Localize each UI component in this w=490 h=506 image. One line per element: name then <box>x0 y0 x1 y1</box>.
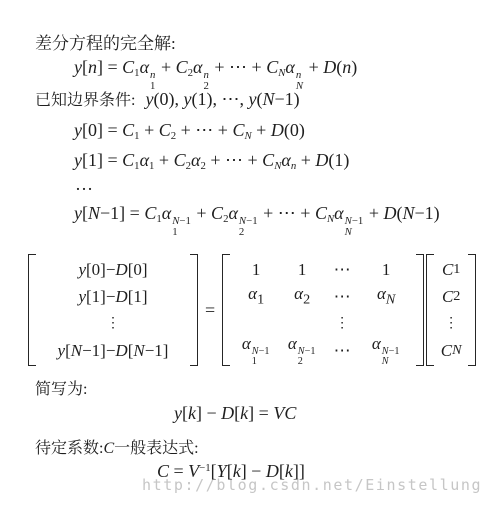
coefficients-label: 待定系数:C一般表达式: <box>35 435 199 458</box>
matrix-cell: 1 <box>359 260 413 280</box>
matrix-cell: ⋮ <box>325 315 359 332</box>
boundary-conditions-label: 已知边界条件: <box>35 87 135 110</box>
lhs-vector: y[0]−D[0]y[1]−D[1]⋮y[N−1]−D[N−1] <box>28 254 198 366</box>
matrix-row: y[0]−D[0] <box>38 256 188 283</box>
eq-shorthand: y[k] − D[k] = VC <box>174 403 296 424</box>
heading-complete-solution: 差分方程的完全解: <box>35 29 176 54</box>
matrix-cell: α2 <box>279 284 325 308</box>
eq-y0: y[0] = C1 + C2 + ⋯ + CN + D(0) <box>74 120 305 142</box>
eq-yN-1: y[N−1] = C1αN−11 + C2αN−12 + ⋯ + CNαN−1N… <box>74 203 440 238</box>
lhs-vector-rows: y[0]−D[0]y[1]−D[1]⋮y[N−1]−D[N−1] <box>36 254 190 366</box>
vandermonde-grid: 11⋯1α1α2⋯αN⋮αN−11αN−12⋯αN−1N <box>230 254 416 366</box>
matrix-row: y[1]−D[1] <box>38 283 188 310</box>
matrix-cell: αN−11 <box>233 334 279 368</box>
matrix-cell: αN−1N <box>359 334 413 368</box>
matrix-cell: αN−12 <box>279 334 325 368</box>
matrix-row: αN−11αN−12⋯αN−1N <box>233 337 413 364</box>
eq-y1: y[1] = C1α1 + C2α2 + ⋯ + CNαn + D(1) <box>74 150 349 172</box>
matrix-cell: 1 <box>233 260 279 280</box>
matrix-equation: y[0]−D[0]y[1]−D[1]⋮y[N−1]−D[N−1] = 11⋯1α… <box>28 254 476 366</box>
matrix-row: CN <box>436 337 466 364</box>
matrix-row: 11⋯1 <box>233 256 413 283</box>
matrix-cell: αN <box>359 284 413 308</box>
matrix-row: y[N−1]−D[N−1] <box>38 337 188 364</box>
equals-sign: = <box>205 300 215 321</box>
left-bracket-icon <box>222 254 230 366</box>
matrix-cell: ⋯ <box>325 260 359 280</box>
boundary-conditions-values: y(0), y(1), ⋯, y(N−1) <box>145 89 299 110</box>
vandermonde-matrix: 11⋯1α1α2⋯αN⋮αN−11αN−12⋯αN−1N <box>222 254 424 366</box>
eq-coefficients: C = V−1[Y[k] − D[k]] <box>157 461 305 482</box>
left-bracket-icon <box>426 254 434 366</box>
coefficient-vector-rows: C1C2⋮CN <box>434 254 468 366</box>
right-bracket-icon <box>190 254 198 366</box>
matrix-row: ⋮ <box>38 310 188 337</box>
matrix-row: C1 <box>436 256 466 283</box>
shorthand-label: 简写为: <box>35 376 87 399</box>
right-bracket-icon <box>416 254 424 366</box>
document-page: 差分方程的完全解: y[n] = C1αn1 + C2αn2 + ⋯ + CNα… <box>0 0 490 506</box>
coefficient-vector: C1C2⋮CN <box>426 254 476 366</box>
ellipsis-line: … <box>75 174 93 195</box>
right-bracket-icon <box>468 254 476 366</box>
matrix-cell: ⋯ <box>325 341 359 361</box>
matrix-row: C2 <box>436 283 466 310</box>
boundary-conditions-line: 已知边界条件: y(0), y(1), ⋯, y(N−1) <box>35 87 300 110</box>
matrix-row: α1α2⋯αN <box>233 283 413 310</box>
matrix-cell: 1 <box>279 260 325 280</box>
matrix-row: ⋮ <box>436 310 466 337</box>
left-bracket-icon <box>28 254 36 366</box>
matrix-cell: ⋯ <box>325 287 359 307</box>
matrix-cell: α1 <box>233 284 279 308</box>
